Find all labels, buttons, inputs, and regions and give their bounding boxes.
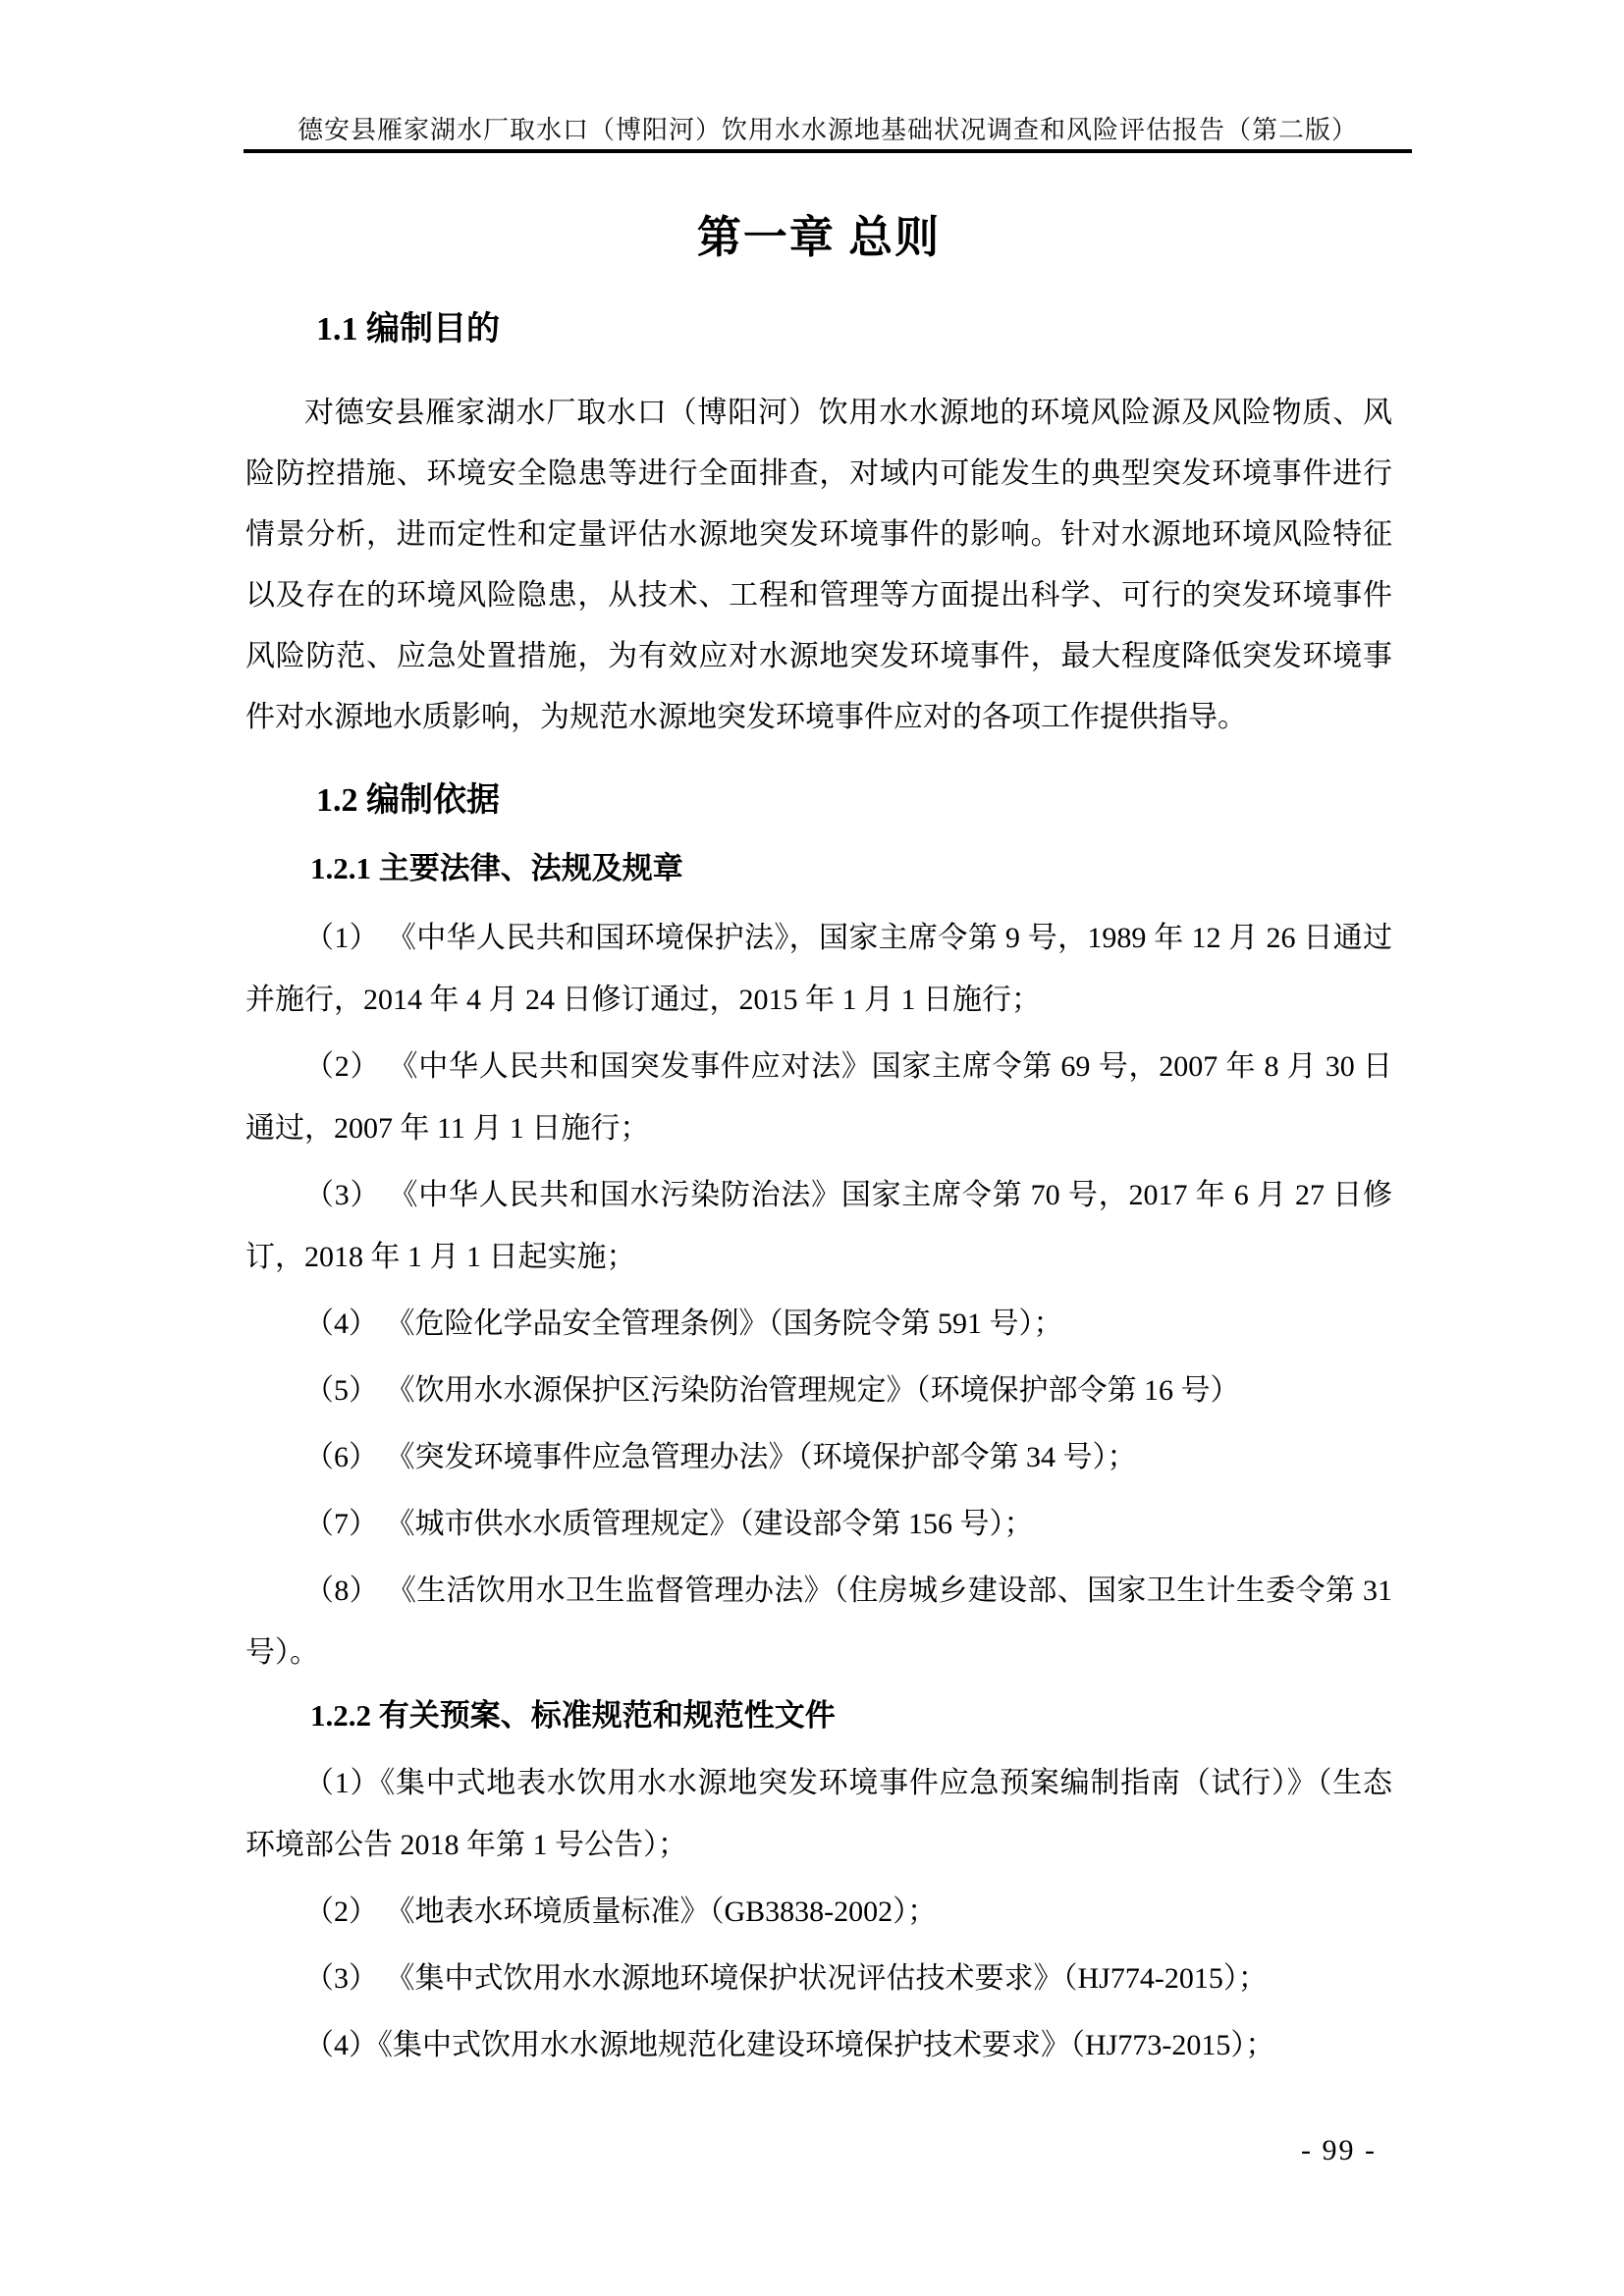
section-1-1-paragraph: 对德安县雁家湖水厂取水口（博阳河）饮用水水源地的环境风险源及风险物质、风险防控措…: [245, 383, 1392, 748]
document-page: 德安县雁家湖水厂取水口（博阳河）饮用水水源地基础状况调查和风险评估报告（第二版）…: [0, 0, 1624, 2296]
list-item: （4）《集中式饮用水水源地规范化建设环境保护技术要求》（HJ773-2015）；: [245, 2014, 1392, 2076]
page-number: - 99 -: [1301, 2130, 1377, 2171]
list-item: （3） 《中华人民共和国水污染防治法》国家主席令第 70 号，2017 年 6 …: [245, 1164, 1392, 1288]
list-item: （5） 《饮用水水源保护区污染防治管理规定》（环境保护部令第 16 号）: [245, 1360, 1392, 1421]
list-item: （6） 《突发环境事件应急管理办法》（环境保护部令第 34 号）；: [245, 1426, 1392, 1488]
subsection-heading-1-2-2: 1.2.2 有关预案、标准规范和规范性文件: [245, 1691, 1392, 1740]
list-item: （4） 《危险化学品安全管理条例》（国务院令第 591 号）；: [245, 1293, 1392, 1355]
subsection-heading-1-2-1: 1.2.1 主要法律、法规及规章: [245, 844, 1392, 893]
chapter-title: 第一章 总则: [245, 208, 1392, 267]
list-item: （2） 《中华人民共和国突发事件应对法》国家主席令第 69 号，2007 年 8…: [245, 1036, 1392, 1159]
section-heading-1-2: 1.2 编制依据: [245, 775, 1392, 827]
list-item: （1） 《中华人民共和国环境保护法》，国家主席令第 9 号，1989 年 12 …: [245, 907, 1392, 1031]
list-item: （7） 《城市供水水质管理规定》（建设部令第 156 号）；: [245, 1493, 1392, 1555]
page-header: 德安县雁家湖水厂取水口（博阳河）饮用水水源地基础状况调查和风险评估报告（第二版）: [244, 0, 1412, 153]
legal-items-list: （1） 《中华人民共和国环境保护法》，国家主席令第 9 号，1989 年 12 …: [245, 907, 1392, 1683]
document-body: 第一章 总则 1.1 编制目的 对德安县雁家湖水厂取水口（博阳河）饮用水水源地的…: [245, 157, 1392, 2081]
list-item: （8） 《生活饮用水卫生监督管理办法》（住房城乡建设部、国家卫生计生委令第 31…: [245, 1560, 1392, 1683]
list-item: （1）《集中式地表水饮用水水源地突发环境事件应急预案编制指南（试行）》（生态环境…: [245, 1752, 1392, 1876]
running-header-title: 德安县雁家湖水厂取水口（博阳河）饮用水水源地基础状况调查和风险评估报告（第二版）: [244, 112, 1412, 149]
list-item: （2） 《地表水环境质量标准》（GB3838-2002）；: [245, 1881, 1392, 1943]
section-heading-1-1: 1.1 编制目的: [245, 304, 1392, 355]
list-item: （3） 《集中式饮用水水源地环境保护状况评估技术要求》（HJ774-2015）；: [245, 1948, 1392, 2009]
standards-items-list: （1）《集中式地表水饮用水水源地突发环境事件应急预案编制指南（试行）》（生态环境…: [245, 1752, 1392, 2076]
